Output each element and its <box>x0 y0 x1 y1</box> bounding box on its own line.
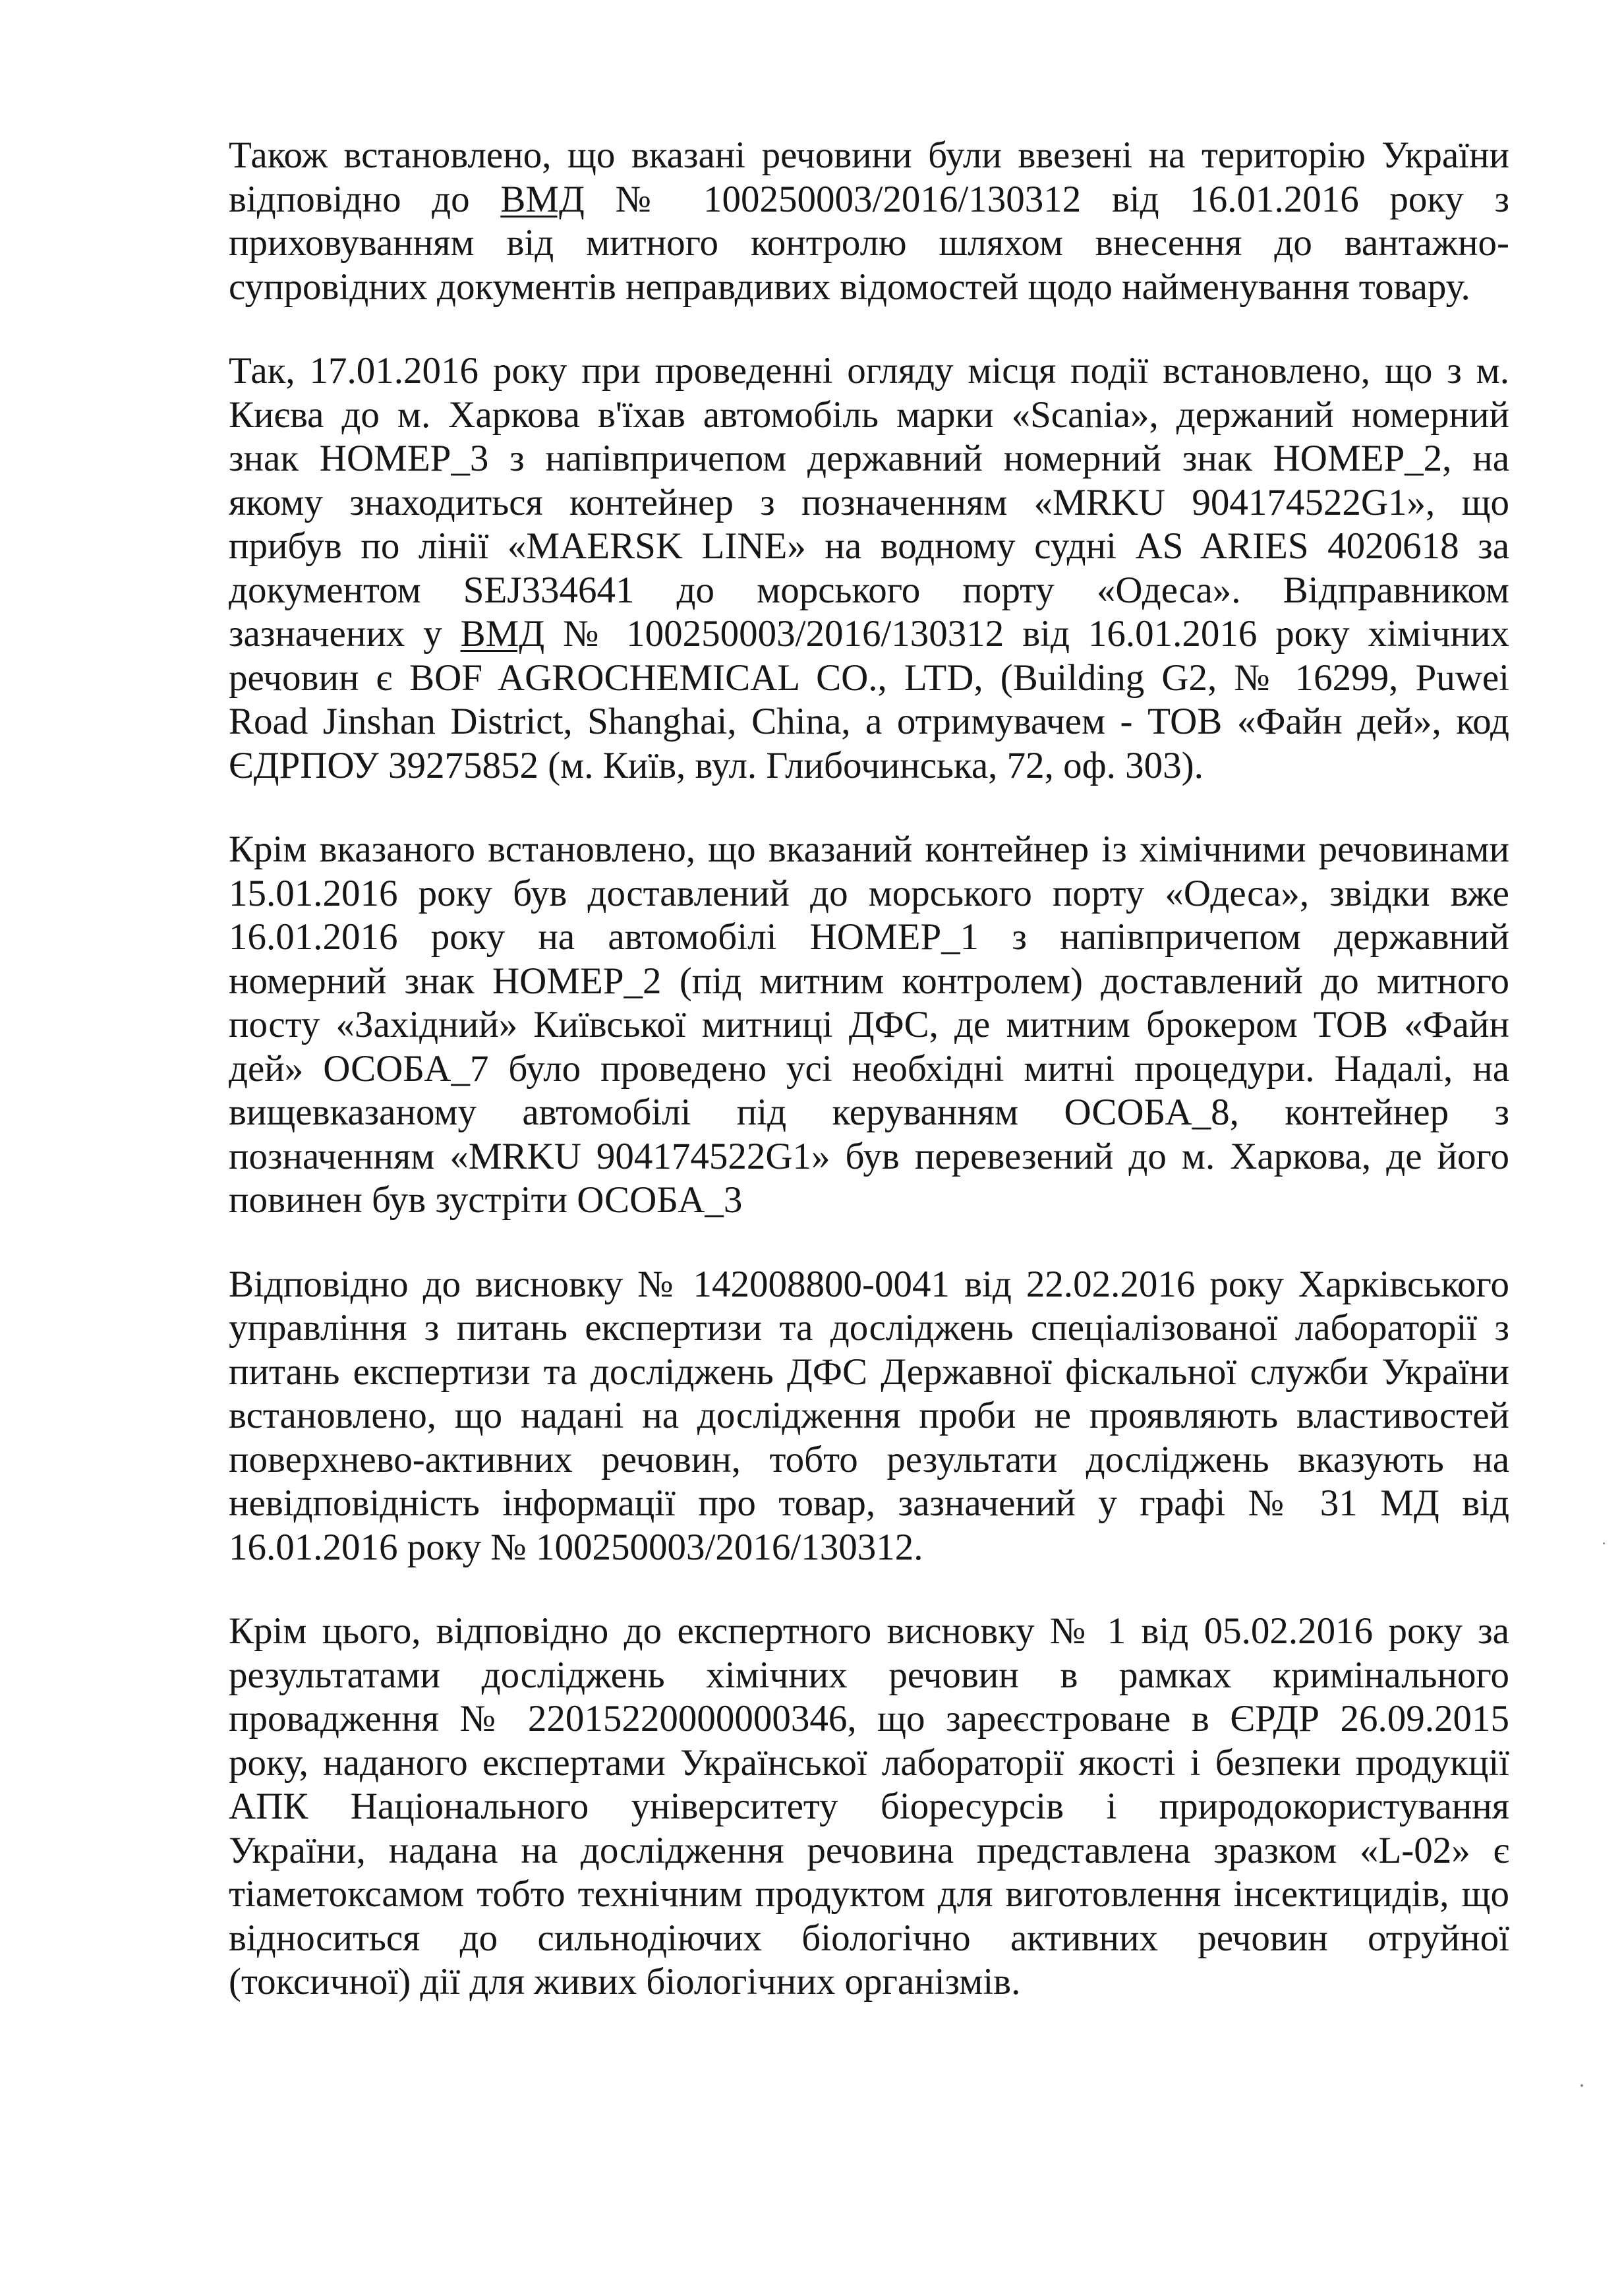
text-line: позначенням «MRKU 904174522G1» був перев… <box>229 1135 1509 1179</box>
text-line: приховуванням від митного контролю шляхо… <box>229 221 1509 266</box>
text-segment: вищевказаному автомобілі під керуванням … <box>229 1092 1509 1133</box>
text-line: знак НОМЕР_3 з напівпричепом державний н… <box>229 437 1509 481</box>
text-line: якому знаходиться контейнер з позначення… <box>229 481 1509 525</box>
text-segment: Києва до м. Харкова в'їхав автомобіль ма… <box>229 394 1509 436</box>
text-segment: повинен був зустріти ОСОБА_3 <box>229 1179 742 1221</box>
text-segment: невідповідність інформації про товар, за… <box>229 1482 1509 1524</box>
paragraph: Крім цього, відповідно до експертного ви… <box>229 1610 1509 2004</box>
text-segment: Також встановлено, що вказані речовини б… <box>229 134 1509 176</box>
text-line: тіаметоксамом тобто технічним продуктом … <box>229 1873 1509 1917</box>
text-segment: питань експертизи та досліджень ДФС Держ… <box>229 1351 1509 1393</box>
text-segment: Так, 17.01.2016 року при проведенні огля… <box>229 350 1509 392</box>
text-segment: № 100250003/2016/130312 від 16.01.2016 р… <box>544 613 1509 655</box>
text-segment: речовин є BOF AGROCHEMICAL CO., LTD, (Bu… <box>229 657 1509 699</box>
text-segment: номерний знак НОМЕР_2 (під митним контро… <box>229 960 1509 1002</box>
text-line: ЄДРПОУ 39275852 (м. Київ, вул. Глибочинс… <box>229 744 1509 788</box>
text-line: посту «Західний» Київської митниці ДФС, … <box>229 1003 1509 1047</box>
text-segment: Відповідно до висновку № 142008800-0041 … <box>229 1264 1509 1305</box>
text-line: результатами досліджень хімічних речовин… <box>229 1654 1509 1698</box>
text-line: 16.01.2016 року на автомобілі НОМЕР_1 з … <box>229 916 1509 960</box>
paragraph: Відповідно до висновку № 142008800-0041 … <box>229 1263 1509 1570</box>
text-line: Крім вказаного встановлено, що вказаний … <box>229 828 1509 872</box>
text-line: вищевказаному автомобілі під керуванням … <box>229 1091 1509 1135</box>
document-body: Також встановлено, що вказані речовини б… <box>229 134 1509 2045</box>
text-line: повинен був зустріти ОСОБА_3 <box>229 1179 1509 1223</box>
text-line: (токсичної) дії для живих біологічних ор… <box>229 1960 1509 2004</box>
vmd-underlined-term: ВМД <box>461 613 545 655</box>
text-line: провадження № 22015220000000346, що заре… <box>229 1697 1509 1741</box>
text-segment: встановлено, що надані на дослідження пр… <box>229 1395 1509 1436</box>
text-line: відповідно до ВМД № 100250003/2016/13031… <box>229 178 1509 222</box>
text-segment: ЄДРПОУ 39275852 (м. Київ, вул. Глибочинс… <box>229 745 1203 786</box>
scan-speck <box>1580 2084 1583 2087</box>
text-segment: АПК Національного університету біоресурс… <box>229 1786 1509 1827</box>
text-segment: приховуванням від митного контролю шляхо… <box>229 222 1509 264</box>
text-line: України, надана на дослідження речовина … <box>229 1829 1509 1873</box>
scan-speck <box>1603 1542 1605 1544</box>
text-line: року, наданого експертами Української ла… <box>229 1741 1509 1786</box>
text-segment: супровідних документів неправдивих відом… <box>229 266 1470 308</box>
text-line: Так, 17.01.2016 року при проведенні огля… <box>229 349 1509 394</box>
scanned-document-page: Також встановлено, що вказані речовини б… <box>0 0 1624 2278</box>
text-segment: зазначених у <box>229 613 461 655</box>
text-segment: якому знаходиться контейнер з позначення… <box>229 482 1509 523</box>
text-segment: управління з питань експертизи та дослід… <box>229 1307 1509 1349</box>
text-line: супровідних документів неправдивих відом… <box>229 266 1509 310</box>
text-segment: Крім цього, відповідно до експертного ви… <box>229 1610 1509 1652</box>
text-line: Крім цього, відповідно до експертного ви… <box>229 1610 1509 1654</box>
text-line: відноситься до сильнодіючих біологічно а… <box>229 1917 1509 1961</box>
text-segment: року, наданого експертами Української ла… <box>229 1742 1509 1784</box>
paragraph: Так, 17.01.2016 року при проведенні огля… <box>229 349 1509 788</box>
text-segment: тіаметоксамом тобто технічним продуктом … <box>229 1873 1509 1915</box>
text-segment: України, надана на дослідження речовина … <box>229 1830 1509 1871</box>
text-line: АПК Національного університету біоресурс… <box>229 1785 1509 1829</box>
text-line: встановлено, що надані на дослідження пр… <box>229 1394 1509 1438</box>
text-segment: 15.01.2016 року був доставлений до морсь… <box>229 873 1509 914</box>
text-segment: (токсичної) дії для живих біологічних ор… <box>229 1961 1020 2002</box>
text-segment: 16.01.2016 року на автомобілі НОМЕР_1 з … <box>229 916 1509 958</box>
text-segment: відноситься до сильнодіючих біологічно а… <box>229 1917 1509 1959</box>
text-segment: відповідно до <box>229 179 500 220</box>
text-line: Відповідно до висновку № 142008800-0041 … <box>229 1263 1509 1307</box>
text-line: дей» ОСОБА_7 було проведено усі необхідн… <box>229 1047 1509 1092</box>
text-line: речовин є BOF AGROCHEMICAL CO., LTD, (Bu… <box>229 657 1509 701</box>
text-line: Києва до м. Харкова в'їхав автомобіль ма… <box>229 394 1509 438</box>
text-line: невідповідність інформації про товар, за… <box>229 1482 1509 1526</box>
text-segment: документом SEJ334641 до морського порту … <box>229 569 1509 611</box>
text-line: зазначених у ВМД № 100250003/2016/130312… <box>229 612 1509 657</box>
vmd-underlined-term: ВМД <box>500 179 585 220</box>
text-segment: провадження № 22015220000000346, що заре… <box>229 1698 1509 1739</box>
text-line: Road Jinshan District, Shanghai, China, … <box>229 700 1509 744</box>
text-line: прибув по лінії «MAERSK LINE» на водному… <box>229 525 1509 569</box>
text-segment: Крім вказаного встановлено, що вказаний … <box>229 829 1509 870</box>
text-segment: поверхнево-активних речовин, тобто резул… <box>229 1439 1509 1480</box>
text-segment: дей» ОСОБА_7 було проведено усі необхідн… <box>229 1048 1509 1090</box>
text-segment: результатами досліджень хімічних речовин… <box>229 1654 1509 1696</box>
paragraph: Також встановлено, що вказані речовини б… <box>229 134 1509 309</box>
text-line: Також встановлено, що вказані речовини б… <box>229 134 1509 178</box>
text-line: номерний знак НОМЕР_2 (під митним контро… <box>229 960 1509 1004</box>
text-line: управління з питань експертизи та дослід… <box>229 1306 1509 1351</box>
text-line: 16.01.2016 року № 100250003/2016/130312. <box>229 1526 1509 1570</box>
text-segment: прибув по лінії «MAERSK LINE» на водному… <box>229 525 1509 567</box>
text-line: 15.01.2016 року був доставлений до морсь… <box>229 872 1509 916</box>
text-segment: Road Jinshan District, Shanghai, China, … <box>229 701 1509 742</box>
text-segment: 16.01.2016 року № 100250003/2016/130312. <box>229 1527 923 1568</box>
text-line: поверхнево-активних речовин, тобто резул… <box>229 1438 1509 1482</box>
text-line: питань експертизи та досліджень ДФС Держ… <box>229 1351 1509 1395</box>
text-segment: знак НОМЕР_3 з напівпричепом державний н… <box>229 438 1509 479</box>
text-line: документом SEJ334641 до морського порту … <box>229 569 1509 613</box>
text-segment: позначенням «MRKU 904174522G1» був перев… <box>229 1136 1509 1177</box>
paragraph: Крім вказаного встановлено, що вказаний … <box>229 828 1509 1223</box>
text-segment: посту «Західний» Київської митниці ДФС, … <box>229 1004 1509 1045</box>
text-segment: № 100250003/2016/130312 від 16.01.2016 р… <box>585 179 1509 220</box>
